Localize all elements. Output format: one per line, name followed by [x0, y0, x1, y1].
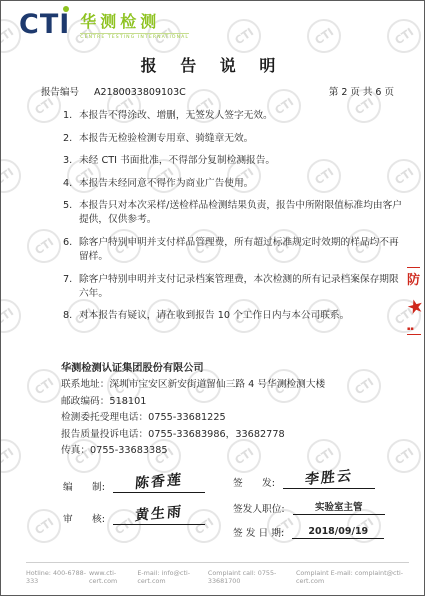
note-number: 5. [63, 199, 79, 227]
note-text: 本报告未经同意不得作为商业广告使用。 [79, 177, 253, 191]
note-item: 1. 本报告不得涂改、增删，无签发人签字无效。 [63, 109, 403, 123]
company-name: 华测检测认证集团股份有限公司 [61, 361, 325, 377]
company-phone-entrust: 检测委托受理电话：0755-33681225 [61, 410, 325, 426]
signature-left-column: 编 制: 陈香莲 审 核: 黄生雨 [63, 471, 205, 535]
note-item: 4. 本报告未经同意不得作为商业广告使用。 [63, 177, 403, 191]
company-fax: 传真：0755-33683385 [61, 443, 325, 459]
issuer-title-value: 实验室主管 [293, 499, 385, 515]
note-number: 1. [63, 109, 79, 123]
report-page: CTICTICTICTICTICTICTICTICTICTICTICTICTIC… [0, 0, 425, 596]
stamp-small-mark: ▪▪ [407, 326, 414, 332]
issue-date-row: 签 发 日 期: 2018/09/19 [233, 525, 385, 539]
page-title: 报 告 说 明 [1, 53, 424, 76]
footer-email: E-mail: info@cti-cert.com [137, 569, 208, 585]
note-item: 6. 除客户特别申明并支付样品管理费，所有超过标准规定时效期的样品均不再留样。 [63, 236, 403, 264]
note-item: 8. 对本报告有疑议，请在收到报告 10 个工作日内与本公司联系。 [63, 309, 403, 323]
company-address: 联系地址：深圳市宝安区新安街道留仙三路 4 号华测检测大楼 [61, 377, 325, 393]
prepared-signature: 陈香莲 [134, 469, 183, 493]
report-number-label: 报告编号 [41, 87, 79, 98]
cti-watermark-icon: CTI [0, 292, 28, 339]
prepared-label: 编 制: [63, 479, 105, 493]
cti-watermark-icon: CTI [420, 222, 425, 269]
cti-watermark-icon: CTI [20, 502, 67, 549]
note-text: 本报告不得涂改、增删，无签发人签字无效。 [79, 109, 273, 123]
stamp-bar [407, 334, 421, 335]
note-number: 2. [63, 132, 79, 146]
note-text: 未经 CTI 书面批准，不得部分复制检测报告。 [79, 154, 275, 168]
note-text: 对本报告有疑议，请在收到报告 10 个工作日内与本公司联系。 [79, 309, 349, 323]
cti-watermark-icon: CTI [0, 432, 28, 479]
cti-logo-letters: CTI [19, 9, 70, 40]
footer-divider [26, 562, 409, 563]
cti-logo: CTI 华测检测 CENTRE TESTING INTERNATIONAL [19, 11, 189, 40]
footer-website: www.cti-cert.com [89, 569, 137, 585]
note-number: 7. [63, 273, 79, 301]
brand-chinese: 华测检测 [80, 13, 189, 31]
note-item: 7. 除客户特别申明并支付记录档案管理费，本次检测的所有记录档案保存期限六年。 [63, 273, 403, 301]
company-block: 华测检测认证集团股份有限公司 联系地址：深圳市宝安区新安街道留仙三路 4 号华测… [61, 361, 325, 459]
brand-block: 华测检测 CENTRE TESTING INTERNATIONAL [80, 11, 189, 40]
prepared-row: 编 制: 陈香莲 [63, 471, 205, 493]
note-number: 8. [63, 309, 79, 323]
issuer-title-label: 签发人职位: [233, 501, 285, 515]
issue-date-label: 签 发 日 期: [233, 525, 284, 539]
issuer-title-row: 签发人职位: 实验室主管 [233, 499, 385, 515]
footer-complaint-email: Complaint E-mail: complaint@cti-cert.com [296, 569, 414, 585]
prepared-signature-field: 陈香莲 [113, 471, 205, 493]
note-text: 除客户特别申明并支付样品管理费，所有超过标准规定时效期的样品均不再留样。 [79, 236, 403, 264]
report-number-value: A2180033809103C [94, 87, 186, 98]
reviewed-signature: 黄生雨 [134, 501, 183, 525]
footer-hotline: Hotline: 400-6788-333 [26, 569, 89, 585]
brand-english: CENTRE TESTING INTERNATIONAL [80, 33, 189, 40]
cti-watermark-icon: CTI [340, 362, 387, 409]
red-stamp-fragment: 防 ★ ▪▪ [407, 267, 425, 335]
reviewed-signature-field: 黄生雨 [113, 503, 205, 525]
issued-signature-field: 李胜云 [283, 467, 375, 489]
note-item: 3. 未经 CTI 书面批准，不得部分复制检测报告。 [63, 154, 403, 168]
note-text: 本报告只对本次采样/送检样品检测结果负责，报告中所附限值标准均由客户提供，仅供参… [79, 199, 403, 227]
cti-watermark-icon: CTI [420, 82, 425, 129]
issued-signature: 李胜云 [304, 465, 353, 489]
notes-list: 1. 本报告不得涂改、增删，无签发人签字无效。 2. 本报告无检验检测专用章、骑… [63, 109, 403, 332]
page-indicator: 第 2 页 共 6 页 [329, 84, 394, 98]
note-number: 4. [63, 177, 79, 191]
company-phone-complaint: 报告质量投诉电话：0755-33683986，33682778 [61, 427, 325, 443]
cti-watermark-icon: CTI [420, 362, 425, 409]
cti-logo-text: CTI [19, 11, 70, 38]
stamp-star-icon: ★ [405, 296, 425, 319]
reviewed-row: 审 核: 黄生雨 [63, 503, 205, 525]
note-number: 6. [63, 236, 79, 264]
note-item: 2. 本报告无检验检测专用章、骑缝章无效。 [63, 132, 403, 146]
report-meta-row: 报告编号 A2180033809103C 第 2 页 共 6 页 [41, 84, 394, 98]
cti-watermark-icon: CTI [380, 432, 425, 479]
issued-label: 签 发: [233, 475, 275, 489]
cti-watermark-icon: CTI [20, 222, 67, 269]
company-postcode: 邮政编码：518101 [61, 394, 325, 410]
note-text: 除客户特别申明并支付记录档案管理费，本次检测的所有记录档案保存期限六年。 [79, 273, 403, 301]
footer-complaint-call: Complaint call: 0755-33681700 [208, 569, 296, 585]
note-item: 5. 本报告只对本次采样/送检样品检测结果负责，报告中所附限值标准均由客户提供，… [63, 199, 403, 227]
issue-date-value: 2018/09/19 [292, 526, 384, 539]
reviewed-label: 审 核: [63, 511, 105, 525]
stamp-character: 防 [407, 267, 420, 288]
footer: Hotline: 400-6788-333 www.cti-cert.com E… [26, 569, 414, 585]
cti-watermark-icon: CTI [0, 152, 28, 199]
issued-row: 签 发: 李胜云 [233, 467, 385, 489]
note-text: 本报告无检验检测专用章、骑缝章无效。 [79, 132, 253, 146]
cti-watermark-icon: CTI [420, 502, 425, 549]
signature-right-column: 签 发: 李胜云 签发人职位: 实验室主管 签 发 日 期: 2018/09/1… [233, 467, 385, 549]
note-number: 3. [63, 154, 79, 168]
report-number-group: 报告编号 A2180033809103C [41, 84, 186, 98]
